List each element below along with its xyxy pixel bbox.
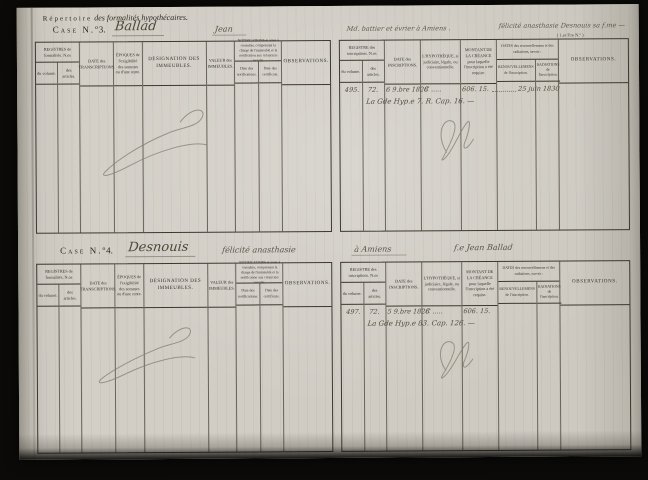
hypotheque-header: L'HYPOTHÈQUE, si judiciaire, légale, ou … [422,53,459,70]
entry-nature: C ..... [425,307,443,315]
registre-sub1-header: du volume. [341,68,360,74]
dates-sub1-header: RENOUVELLEMENS de l'inscription. [498,65,534,75]
dates-sub2-header: RADIATIONS de l'inscription. [538,284,561,300]
case4-inscriptions-table: REGISTRE des inscriptions. N.os du volum… [340,260,631,452]
observations-header: OBSERVATIONS. [283,59,329,66]
date-inscriptions-header: DATE des INSCRIPTIONS. [387,278,420,290]
col-date-inscriptions: DATE des INSCRIPTIONS. [385,262,422,450]
case4-residence-handwriting: à Amiens [352,245,408,256]
case3-label: Case N.º [53,24,100,34]
body-cell [386,306,422,450]
notifications-header: NOTIFICATIONS et actes à consulter, comp… [238,261,282,285]
case3-number: 3. [99,24,106,34]
scanned-register-image: Répertoire des formalités hypothécaires.… [0,0,648,480]
case4-transcriptions-table: REGISTRES de formalités. N.os du volume.… [36,262,333,454]
case3-profession-handwriting: Md. battier et évrier à Amiens . [346,24,451,33]
notifications-header: NOTIFICATIONS et actes à consulter, comp… [236,39,280,63]
case4-firstname-handwriting: félicité anasthasie [222,245,297,254]
col-registres: REGISTRES de formalités. N.os du volume.… [36,43,80,233]
hypotheque-header: L'HYPOTHÈQUE, si judiciaire, légale, ou … [423,275,460,292]
case3-transcriptions-table: REGISTRES de formalités. N.os du volume.… [35,40,332,234]
body-cell [37,307,59,453]
col-notifications: NOTIFICATIONS et actes à consulter, comp… [234,41,282,231]
body-cell [340,83,362,231]
col-notifications: NOTIFICATIONS et actes à consulter, comp… [236,263,284,451]
col-observations: OBSERVATIONS. [283,263,333,451]
registres-sub1-header: du volume. [37,70,56,76]
body-cell [36,85,58,233]
entry-volume: 497. [344,308,363,316]
observations-header: OBSERVATIONS. [572,279,618,286]
case4-name-handwriting: Desnouis [125,240,197,257]
case4-number: 4. [106,245,113,255]
col-observations: OBSERVATIONS. [558,39,629,229]
registres-sub2-header: des articles. [59,67,78,78]
body-cell [235,83,258,231]
signature-flourish [90,320,220,391]
body-cell [284,307,332,451]
page-title-word: Répertoire [43,14,93,22]
registres-sub2-header: des articles. [61,289,80,300]
entry-nature: C ..... [424,85,442,93]
col-dates: DATES des renouvellemens et des radiatio… [496,40,559,230]
body-cell [560,305,630,449]
body-cell [58,85,80,233]
designation-header: DÉSIGNATION DES IMMEUBLES. [144,57,205,71]
epoques-header: ÉPOQUES de l'exigibilité des sommes ou d… [117,274,142,297]
date-inscriptions-header: DATE des INSCRIPTIONS. [386,56,419,68]
case4-spouse-handwriting: f.e Jean Ballad [454,243,513,252]
signature-paraph [426,334,474,382]
case3-name-handwriting: Ballad [112,19,165,36]
entry-radiation-date: 25 juin 1830 [518,85,560,93]
entry-renvoi-line: La Gde Hyp.e 7. R. Cap. 16. — [366,97,475,106]
case3-ref-note: ( 1.er P.re N.º ) [557,32,584,37]
dates-header: DATES des renouvellemens et des radiatio… [498,44,557,55]
dates-header: DATES des renouvellemens et des radiatio… [499,266,558,277]
body-cell [559,83,629,229]
valeur-header: VALEUR des IMMEUBLES. [209,279,235,291]
entry-volume: 495. [343,86,362,94]
entry-montant: 606. 15. [462,85,490,93]
entry-date: 5 9.bre 1828 [387,307,430,315]
registre-header: REGISTRE des inscriptions. N.os [341,44,383,56]
registre-sub1-header: du volume. [343,290,362,296]
epoques-header: ÉPOQUES de l'exigibilité des sommes ou d… [115,52,140,75]
date-transcriptions-header: DATE des TRANSCRIPTIONS. [79,58,115,70]
col-registres: REGISTRES de formalités. N.os du volume.… [37,265,81,453]
notifications-sub2-header: Date des certificats. [261,289,282,299]
signature-paraph [426,112,474,164]
body-cell [498,304,537,450]
case3-inscriptions-table: REGISTRE des inscriptions. N.os du volum… [339,38,630,232]
case4-label: Case N.º [60,245,107,255]
entry-article: 72. [365,86,382,94]
body-cell [260,305,283,451]
registres-header: REGISTRES de formalités. N.os [38,268,79,280]
dotted-leader [492,91,516,92]
date-transcriptions-header: DATE des TRANSCRIPTIONS. [80,280,116,292]
entry-renvoi-line: La Gde Hyp.e 83. Cap. 126. — [367,319,475,328]
entry-montant: 606. 15. [463,307,491,315]
body-cell [60,307,82,453]
entry-date: 6 9.bre 1828 [386,85,429,93]
designation-header: DÉSIGNATION DES IMMEUBLES. [145,279,206,293]
body-cell [497,82,536,230]
montant-header: MONTANT DE LA CRÉANCE pour laquelle l'in… [462,47,495,76]
notifications-sub2-header: Date des certificats. [260,67,281,77]
col-date-inscriptions: DATE des INSCRIPTIONS. [384,40,421,230]
registre-header: REGISTRE des inscriptions. N.os [342,266,384,278]
dates-sub2-header: RADIATIONS de l'inscription. [537,62,560,78]
notifications-sub1-header: Date des notifications. [238,289,259,299]
col-observations: OBSERVATIONS. [559,261,630,449]
entry-article: 72. [366,308,383,316]
body-cell [237,305,260,451]
observations-header: OBSERVATIONS. [571,57,617,64]
registre-sub2-header: des articles. [363,65,383,76]
montant-header: MONTANT DE LA CRÉANCE pour laquelle l'in… [463,269,496,298]
body-cell [341,305,363,451]
col-registre: REGISTRE des inscriptions. N.os du volum… [340,41,385,231]
observations-header: OBSERVATIONS. [285,281,331,288]
dates-sub1-header: RENOUVELLEMENS de l'inscription. [499,287,535,297]
registres-sub1-header: du volume. [39,292,58,298]
registre-sub2-header: des articles. [365,287,385,298]
signature-flourish [94,100,235,187]
case3-spouse-handwriting: félicité anasthasie Desnouis sa f.me — [498,21,625,30]
registres-header: REGISTRES de formalités. N.os [37,46,78,58]
col-dates: DATES des renouvellemens et des radiatio… [497,262,560,450]
case3-firstname-handwriting: Jean [212,24,247,35]
notifications-sub1-header: Date des notifications. [236,67,257,77]
col-registre: REGISTRE des inscriptions. N.os du volum… [341,263,386,451]
body-cell [385,84,421,230]
body-cell [283,85,331,231]
register-page: Répertoire des formalités hypothécaires.… [17,4,642,460]
col-observations: OBSERVATIONS. [281,41,331,231]
body-cell [259,83,282,231]
valeur-header: VALEUR des IMMEUBLES. [208,57,234,69]
